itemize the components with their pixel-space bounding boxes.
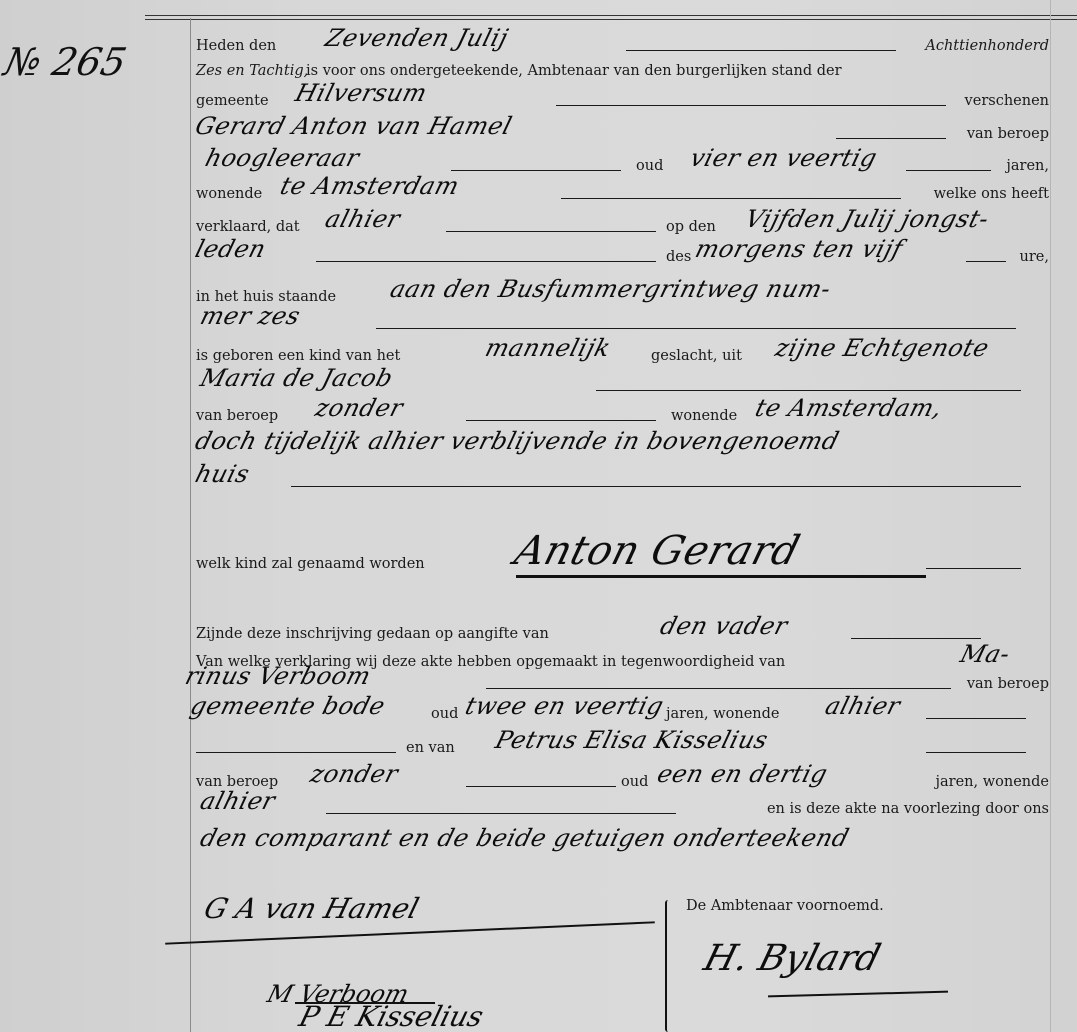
bracket	[665, 900, 671, 1032]
printed-text: is voor ons ondergeteekende, Ambtenaar v…	[306, 63, 842, 79]
line-mother-occupation: van beroep zonder wonende te Amsterdam,	[196, 402, 1049, 426]
entry-number: № 265	[0, 40, 130, 84]
printed-text: welk kind zal genaamd worden	[196, 556, 425, 572]
handwritten-age: vier en veertig	[687, 144, 880, 172]
blank-rule	[626, 50, 896, 51]
blank-rule	[561, 198, 901, 199]
handwritten-text: mer zes	[197, 302, 303, 330]
handwritten-declarant: Gerard Anton van Hamel	[192, 112, 515, 140]
blank-rule	[466, 420, 656, 421]
handwritten-sex: mannelijk	[482, 334, 614, 362]
printed-text: verklaard, dat	[196, 219, 300, 235]
blank-rule	[316, 261, 656, 262]
handwritten-relation: zijne Echtgenote	[772, 334, 992, 362]
printed-text: geslacht, uit	[651, 348, 742, 364]
handwritten-place: alhier	[322, 205, 403, 233]
handwritten-address: aan den Busfummergrintweg num-	[387, 275, 834, 303]
printed-text: ure,	[1020, 249, 1049, 265]
line-declared: verklaard, dat alhier op den Vijfden Jul…	[196, 213, 1049, 237]
printed-text: Achttienhonderd	[925, 38, 1049, 54]
handwritten-municipality: Hilversum	[292, 79, 430, 107]
header-rule	[145, 19, 1077, 20]
blank-rule	[851, 638, 981, 639]
handwritten-occupation: hoogleeraar	[202, 144, 362, 172]
printed-text: gemeente	[196, 93, 269, 109]
blank-rule	[196, 752, 396, 753]
blank-rule	[966, 261, 1006, 262]
handwritten-occupation: zonder	[312, 394, 406, 422]
line-witness2-details: van beroep zonder oud een en dertig jare…	[196, 768, 1049, 792]
line-residence: wonende te Amsterdam welke ons heeft	[196, 180, 1049, 204]
handwritten-text: den comparant en de beide getuigen onder…	[197, 824, 852, 852]
printed-text: van beroep	[967, 126, 1049, 142]
printed-text: des	[666, 249, 691, 265]
line-municipality: gemeente Hilversum verschenen	[196, 87, 1049, 111]
blank-rule	[906, 170, 991, 171]
printed-text: jaren, wonende	[666, 706, 779, 722]
printed-text: Zijnde deze inschrijving gedaan op aangi…	[196, 626, 549, 642]
line-witness2-residence: alhier en is deze akte na voorlezing doo…	[196, 795, 1049, 819]
handwritten-residence: te Amsterdam,	[752, 394, 945, 422]
blank-rule	[466, 786, 616, 787]
handwritten-birth-date: Vijfden Julij jongst-	[742, 205, 992, 233]
handwritten-witness2: Petrus Elisa Kisselius	[492, 726, 771, 754]
line-signed: den comparant en de beide getuigen onder…	[196, 832, 1049, 856]
printed-text: is geboren een kind van het	[196, 348, 400, 364]
handwritten-residence: alhier	[197, 787, 278, 815]
printed-text: verschenen	[965, 93, 1049, 109]
line-informant: Zijnde deze inschrijving gedaan op aangi…	[196, 620, 1049, 644]
blank-rule	[326, 813, 676, 814]
blank-rule	[556, 105, 946, 106]
signature-official: H. Bylard	[700, 938, 885, 979]
handwritten-age: twee en veertig	[462, 692, 667, 720]
line-house: in het huis staande aan den Busfummergri…	[196, 283, 1049, 307]
handwritten-text: leden	[192, 235, 269, 263]
printed-text: wonende	[671, 408, 737, 424]
blank-rule	[596, 390, 1021, 391]
handwritten-residence: te Amsterdam	[277, 172, 462, 200]
line-house-cont: mer zes	[196, 310, 1049, 334]
printed-text: en van	[406, 740, 455, 756]
printed-text: van beroep	[196, 408, 278, 424]
printed-text: oud	[431, 706, 458, 722]
line-witness2: en van Petrus Elisa Kisselius	[196, 734, 1049, 758]
line-mother-cont: doch tijdelijk alhier verblijvende in bo…	[196, 435, 1049, 459]
signature-witness2: P E Kisselius	[296, 1000, 487, 1032]
blank-rule	[376, 328, 1016, 329]
blank-rule	[926, 718, 1026, 719]
header-rule	[145, 15, 1077, 16]
blank-rule	[836, 138, 946, 139]
printed-text: oud	[621, 774, 648, 790]
line-year: Zes en Tachtig, is voor ons ondergeteeke…	[196, 57, 1049, 81]
handwritten-occupation: gemeente bode	[187, 692, 388, 720]
handwritten-witness: Ma-	[957, 640, 1013, 668]
handwritten-child-name: Anton Gerard	[510, 528, 805, 574]
printed-text: jaren, wonende	[936, 774, 1049, 790]
line-mother: Maria de Jacob	[196, 372, 1049, 396]
official-label: De Ambtenaar voornoemd.	[686, 898, 884, 914]
handwritten-occupation: zonder	[307, 760, 401, 788]
printed-text: jaren,	[1006, 158, 1049, 174]
line-witness1-details: gemeente bode oud twee en veertig jaren,…	[196, 700, 1049, 724]
line-child-name: welk kind zal genaamd worden Anton Gerar…	[196, 550, 1049, 574]
handwritten-witness1: rinus Verboom	[182, 662, 374, 690]
blank-rule	[486, 688, 951, 689]
handwritten-day: Zevenden Julij	[322, 24, 511, 52]
blank-rule	[291, 486, 1021, 487]
printed-text: en is deze akte na voorlezing door ons	[767, 801, 1049, 817]
printed-text: welke ons heeft	[934, 186, 1049, 202]
printed-text: oud	[636, 158, 663, 174]
certificate-page: № 265 Heden den Zevenden Julij Achttienh…	[0, 0, 1077, 1032]
handwritten-text: doch tijdelijk alhier verblijvende in bo…	[192, 427, 842, 455]
handwritten-informant: den vader	[657, 612, 791, 640]
printed-year: Zes en Tachtig,	[196, 63, 308, 79]
blank-rule	[451, 170, 621, 171]
line-witness1: rinus Verboom van beroep	[196, 670, 1049, 694]
line-time: leden des morgens ten vijf ure,	[196, 243, 1049, 267]
blank-rule	[446, 231, 656, 232]
blank-rule	[926, 568, 1021, 569]
handwritten-mother: Maria de Jacob	[197, 364, 396, 392]
name-underline	[516, 575, 926, 578]
handwritten-age: een en dertig	[654, 760, 831, 788]
signature-underline	[768, 991, 948, 998]
printed-text: op den	[666, 219, 716, 235]
line-mother-cont2: huis	[196, 468, 1049, 492]
printed-text: Heden den	[196, 38, 276, 54]
printed-text: van beroep	[967, 676, 1049, 692]
line-declarant: Gerard Anton van Hamel van beroep	[196, 120, 1049, 144]
handwritten-text: huis	[192, 460, 252, 488]
line-date: Heden den Zevenden Julij Achttienhonderd	[196, 32, 1049, 56]
margin-rule	[190, 18, 191, 1032]
line-sex: is geboren een kind van het mannelijk ge…	[196, 342, 1049, 366]
blank-rule	[926, 752, 1026, 753]
margin-rule	[1050, 0, 1051, 1032]
handwritten-time: morgens ten vijf	[692, 235, 906, 263]
handwritten-residence: alhier	[822, 692, 903, 720]
signature-declarant: G A van Hamel	[201, 892, 423, 925]
printed-text: wonende	[196, 186, 262, 202]
